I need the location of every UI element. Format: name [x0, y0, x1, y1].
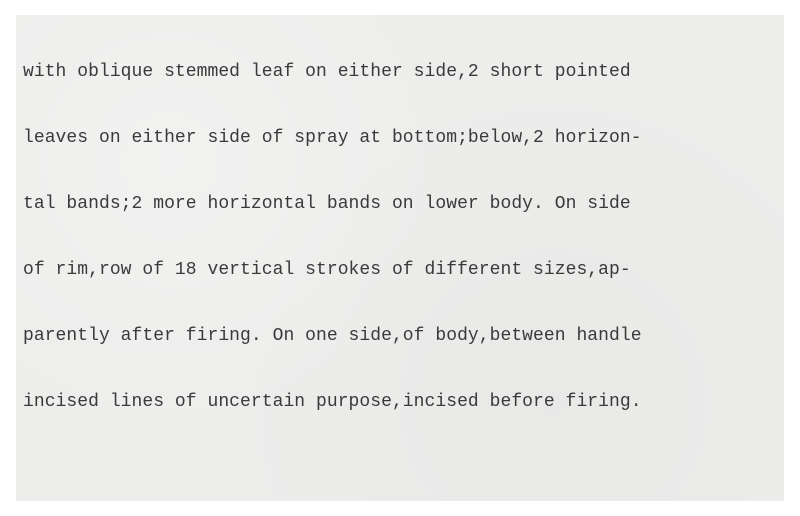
index-card: with oblique stemmed leaf on either side… [16, 15, 784, 501]
typed-text-block: with oblique stemmed leaf on either side… [23, 17, 642, 457]
text-line: of rim,row of 18 vertical strokes of dif… [23, 259, 642, 281]
text-line: leaves on either side of spray at bottom… [23, 127, 642, 149]
text-line: incised lines of uncertain purpose,incis… [23, 391, 642, 413]
text-line: parently after firing. On one side,of bo… [23, 325, 642, 347]
text-line: with oblique stemmed leaf on either side… [23, 61, 642, 83]
text-line: tal bands;2 more horizontal bands on low… [23, 193, 642, 215]
